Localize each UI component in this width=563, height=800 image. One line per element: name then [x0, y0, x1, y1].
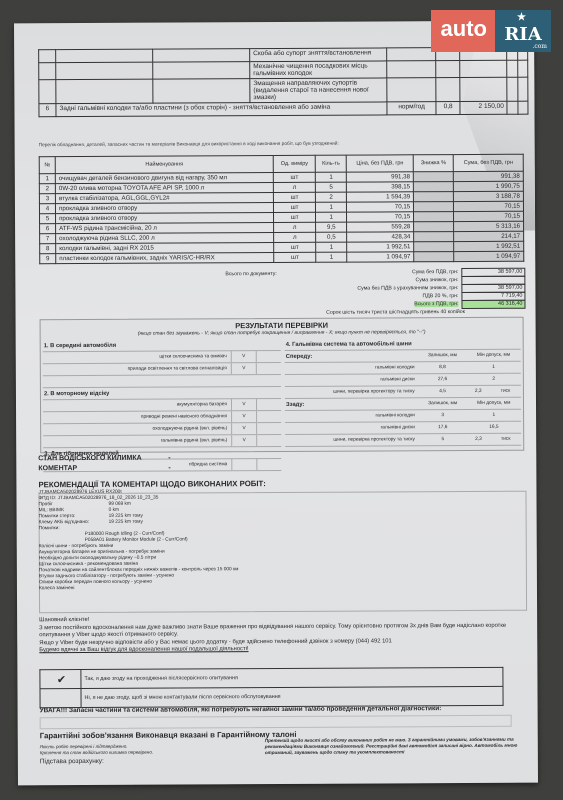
empty-cell — [257, 410, 282, 422]
qty: 0,8 — [436, 102, 460, 115]
column-header: Найменування — [55, 156, 273, 174]
row-number: 3 — [39, 194, 55, 204]
discount — [414, 232, 454, 242]
empty-cell — [507, 77, 517, 101]
qty: 1 — [316, 212, 347, 222]
sum: 214,17 — [454, 231, 524, 241]
check-label: щітки склоочисника та омивач — [43, 351, 232, 364]
measure-min: 1 — [466, 361, 521, 373]
consent-table: ✔ Так, я даю згоду на проходження післяс… — [39, 667, 503, 708]
results-left: 1. В середині автомобілящітки склоочисни… — [43, 339, 282, 472]
recommendations: РЕКОМЕНДАЦІЇ ТА КОМЕНТАРІ ЩОДО ВИКОНАНИХ… — [38, 480, 527, 593]
sum: 1 992,51 — [454, 241, 524, 251]
vat-label: ПДВ 20 %, грн: — [422, 293, 458, 299]
row-number — [39, 80, 56, 104]
totals-block: Сума без ПДВ, грн:38 597,00 Сума знижок,… — [205, 268, 525, 318]
autoria-logo: auto ★ RIA .com — [431, 10, 551, 52]
discount — [414, 172, 454, 182]
column-header: Сума, без ПДВ, грн — [453, 154, 523, 171]
column-header: Од. виміру — [273, 155, 316, 172]
results-brakes: 4. Гальмівна система та автомобільні шин… — [285, 338, 522, 447]
measure-label: гальмівні колодки — [285, 362, 419, 375]
price: 1 594,39 — [346, 192, 413, 202]
empty-cell — [518, 101, 528, 114]
empty-cell — [257, 422, 282, 434]
survey-p3: Будемо вдячні за Ваш відгук для вдоскона… — [39, 645, 525, 655]
star-icon: ★ — [517, 12, 526, 23]
mat-value: - — [168, 455, 170, 465]
recommendations-title: РЕКОМЕНДАЦІЇ ТА КОМЕНТАРІ ЩОДО ВИКОНАНИХ… — [38, 480, 526, 489]
discount — [414, 252, 454, 262]
qty — [436, 78, 460, 102]
check-label: охолоджуюча рідина (вкл. рівень) — [43, 423, 232, 436]
warning-box — [40, 715, 512, 729]
discount — [414, 212, 454, 222]
akb: 19 225 km тому — [109, 520, 143, 526]
total-in-words: Сорок шість тисяч триста шістнадцять гри… — [326, 309, 465, 316]
table-row: Змащення направляючих супортів (видаленн… — [39, 77, 528, 104]
payment-basis: Підстава розрахунку: — [40, 758, 104, 765]
column-header: Кіль-ть — [316, 155, 347, 172]
column-header: Ціна, без ПДВ, грн — [346, 155, 413, 172]
unit: норм/год — [387, 102, 436, 115]
check-value: V — [232, 411, 257, 423]
price — [460, 60, 508, 77]
guarantee-title: Гарантійні зобов'язання Виконавця вказан… — [40, 730, 297, 740]
measure-min: 16,5 — [467, 421, 522, 433]
qty — [436, 61, 460, 78]
unit: шт — [273, 212, 316, 222]
check-label: гальмівна рідина (вкл. рівень) — [43, 435, 232, 448]
measure-min: 2,3 — [466, 385, 490, 397]
total-label: Всього з ПДВ, грн: — [414, 301, 458, 307]
col-min: Мін допуск, мм — [466, 349, 521, 361]
discount — [414, 242, 454, 252]
price: 398,15 — [346, 182, 413, 192]
row-number: 8 — [40, 244, 56, 254]
discount-label: Сума знижок, грн: — [415, 277, 458, 283]
logo-ria-text: RIA — [504, 24, 541, 45]
col-rest: Залишок, мм — [418, 350, 466, 362]
footer-left-line: Кріплення та стан водійського килимка пе… — [40, 749, 200, 756]
empty-cell — [517, 77, 527, 101]
check-label: приводні ремені навісного обладнання — [43, 411, 232, 424]
row-number: 4 — [39, 204, 55, 214]
logo-auto: auto — [431, 10, 495, 52]
price: 1 992,51 — [347, 242, 414, 252]
inspection-results: РЕЗУЛЬТАТИ ПЕРЕВІРКИ (якщо стан без заув… — [40, 317, 525, 454]
qty: 0,5 — [316, 232, 347, 242]
price: 2 150,00 — [460, 101, 508, 114]
mat-label: СТАН ВОДІСЬКОГО КИЛИМКА — [38, 455, 168, 466]
unit: л — [273, 222, 316, 232]
empty-cell — [256, 362, 281, 374]
measure-rest: 8,8 — [419, 362, 467, 374]
empty-cell — [256, 350, 281, 362]
unit: шт — [273, 202, 316, 212]
check-value — [232, 459, 257, 471]
measure-label: шини, перевірка протектору та тиску — [285, 386, 419, 399]
work-name — [56, 49, 153, 63]
footer-left: Якість робіт перевірені і підтверджено. … — [40, 743, 200, 756]
sum: 1 094,97 — [454, 251, 524, 261]
sum: 991,38 — [453, 171, 523, 181]
measure-extra: тиск — [490, 433, 521, 445]
empty-cell — [153, 79, 250, 104]
col-rest: Залишок, мм — [419, 398, 467, 410]
sum: 3 188,78 — [454, 191, 524, 201]
unit — [387, 48, 436, 61]
measure-min: 2,3 — [467, 433, 491, 445]
price — [460, 77, 508, 101]
price: 428,34 — [347, 232, 414, 242]
measure-rest: 27,6 — [419, 374, 467, 386]
column-header: № — [39, 157, 55, 174]
sum-no-vat-label: Сума без ПДВ, грн: — [412, 269, 458, 275]
qty: 5 — [316, 182, 347, 192]
price: 559,28 — [347, 222, 414, 232]
measure-extra: тиск — [490, 385, 521, 397]
results-subtitle: (якщо стан без зауважень - V; якщо стан … — [41, 329, 523, 338]
row-number: 9 — [40, 254, 56, 264]
qty: 2 — [316, 192, 347, 202]
row-number: 2 — [39, 184, 55, 194]
column-header: Знижка % — [413, 155, 453, 172]
table-row: 6Задні гальмівні колодки та/або пластини… — [39, 101, 528, 117]
measure-min: 1 — [467, 409, 522, 421]
measure-label: гальмівні диски — [285, 374, 419, 387]
logo-ria: ★ RIA .com — [495, 10, 551, 52]
parts-table: №НайменуванняОд. виміруКіль-тьЦіна, без … — [39, 154, 525, 265]
work-name: Задні гальмівні колодки та/або пластини … — [56, 102, 387, 117]
warning-title: УВАГА!!! Запасні частини та системи авто… — [40, 705, 442, 714]
unit: шт — [274, 252, 317, 262]
work-subitem: Механічне чищення посадкових місць гальм… — [250, 61, 387, 79]
mat-comment: СТАН ВОДІСЬКОГО КИЛИМКА- КОМЕНТАР- — [38, 455, 170, 476]
empty-cell — [153, 62, 250, 80]
discount — [414, 182, 454, 192]
group-label: Ззаду: — [285, 398, 419, 411]
work-name — [56, 62, 153, 80]
work-name — [56, 79, 153, 104]
sum: 1 990,75 — [454, 181, 524, 191]
measure-rest: 4,5 — [419, 386, 467, 398]
measure-rest: 17,6 — [419, 422, 467, 434]
empty-cell — [256, 398, 281, 410]
comment-value: - — [168, 465, 170, 475]
sum-with-discount-label: Сума без ПДВ з урахуванням знижок, грн: — [357, 285, 458, 292]
row-number: 7 — [40, 234, 56, 244]
consent-no-checkbox[interactable] — [40, 689, 81, 708]
price: 70,15 — [347, 212, 414, 222]
consent-yes-checkbox[interactable]: ✔ — [40, 670, 81, 689]
check-label: прилади освітлення та світлова сигналіза… — [43, 363, 232, 376]
check-label: акумуляторна батарея — [43, 399, 232, 412]
measure-label: гальмівні диски — [285, 422, 419, 435]
unit: шт — [274, 242, 317, 252]
unit — [387, 78, 436, 102]
parts-caption: Перелік обладнання, деталей, запасних ча… — [39, 142, 339, 149]
unit: шт — [273, 192, 316, 202]
check-value: V — [232, 423, 257, 435]
row-number: 1 — [39, 174, 55, 184]
work-subitem: Змащення направляючих супортів (видаленн… — [250, 78, 387, 103]
discount — [414, 192, 454, 202]
check-value: V — [231, 363, 256, 375]
invoice-page: Скоба або супорт зняття/встановленняМеха… — [14, 21, 538, 786]
price: 70,15 — [347, 202, 414, 212]
discount — [414, 222, 454, 232]
total: 46 316,40 — [461, 299, 525, 308]
measure-label: гальмівні колодки — [285, 410, 419, 423]
row-number: 5 — [40, 214, 56, 224]
row-number — [39, 63, 56, 80]
sum: 5 313,16 — [454, 221, 524, 231]
measure-min: 2 — [466, 373, 521, 385]
empty-cell — [507, 60, 517, 77]
discount — [414, 202, 454, 212]
measure-row: шини, перевірка протектору та тиску52,3т… — [285, 433, 521, 446]
unit — [387, 61, 436, 78]
price: 1 094,97 — [347, 252, 414, 262]
empty-cell — [153, 49, 250, 63]
table-row: 9пластинки колодок гальмівних, задніх YA… — [40, 251, 524, 264]
qty: 1 — [316, 172, 347, 182]
item-name: пластинки колодок гальмівних, задніх YAR… — [56, 253, 274, 264]
qty: 1 — [316, 242, 347, 252]
qty: 1 — [316, 202, 347, 212]
col-min: Мін допуск, мм — [467, 397, 522, 409]
footer-right: Претензій щодо якості або обсягу виконан… — [265, 737, 530, 756]
empty-cell — [257, 458, 282, 470]
check-value: V — [232, 435, 257, 447]
row-number: 6 — [39, 104, 56, 117]
price: 991,38 — [346, 172, 413, 182]
qty: 1 — [316, 252, 347, 262]
measure-label: шини, перевірка протектору та тиску — [285, 434, 419, 447]
measure-rest: 3 — [419, 410, 467, 422]
unit: л — [274, 232, 317, 242]
survey-text: Шановний клієнте! З метою постійного вдо… — [39, 615, 525, 655]
unit: шт — [273, 172, 316, 182]
unit: л — [273, 182, 316, 192]
check-icon: ✔ — [57, 674, 66, 686]
row-number: 6 — [40, 224, 56, 234]
comment-label: КОМЕНТАР — [38, 465, 168, 476]
check-value: V — [231, 399, 256, 411]
work-subitem: Скоба або супорт зняття/встановлення — [250, 48, 387, 62]
measure-rest: 5 — [419, 434, 467, 446]
sum: 70,15 — [454, 211, 524, 221]
consent-yes-label: Так, я даю згоду на проходження післясер… — [81, 667, 503, 688]
check-value: V — [231, 351, 256, 363]
empty-cell — [257, 434, 282, 446]
works-table: Скоба або супорт зняття/встановленняМеха… — [38, 47, 528, 118]
empty-cell — [517, 60, 527, 77]
logo-com: .com — [532, 43, 547, 50]
empty-cell — [507, 101, 517, 114]
row-number — [39, 50, 56, 63]
group-label: Спереду: — [285, 350, 419, 363]
qty: 9,5 — [316, 222, 347, 232]
sum: 70,15 — [454, 201, 524, 211]
